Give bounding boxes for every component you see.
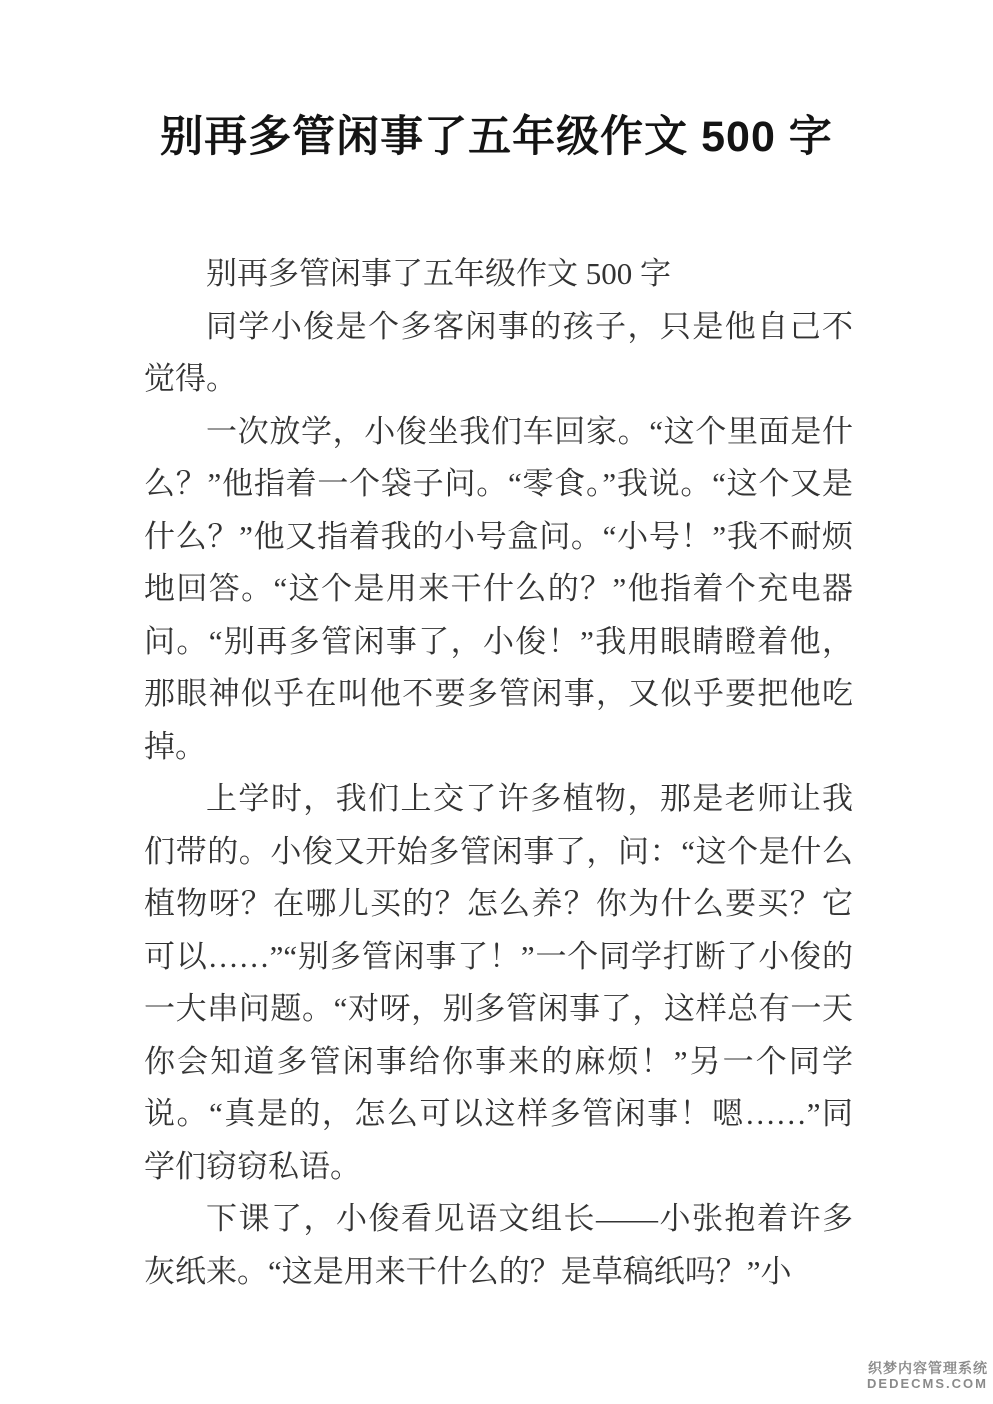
paragraph-car-scene: 一次放学，小俊坐我们车回家。“这个里面是什么？”他指着一个袋子问。“零食。”我说… [144, 406, 853, 774]
document-title: 别再多管闲事了五年级作文 500 字 [0, 0, 993, 166]
paragraph-paper-scene: 下课了，小俊看见语文组长——小张抱着许多灰纸来。“这是用来干什么的？是草稿纸吗？… [144, 1193, 853, 1298]
document-body: 别再多管闲事了五年级作文 500 字 同学小俊是个多客闲事的孩子，只是他自己不觉… [144, 248, 853, 1298]
watermark-domain: DEDECMS.COM [867, 1376, 988, 1391]
paragraph-intro: 同学小俊是个多客闲事的孩子，只是他自己不觉得。 [144, 301, 853, 406]
watermark: 织梦内容管理系统 DEDECMS.COM [867, 1360, 988, 1391]
paragraph-plant-scene: 上学时，我们上交了许多植物，那是老师让我们带的。小俊又开始多管闲事了，问：“这个… [144, 773, 853, 1193]
document-page: 别再多管闲事了五年级作文 500 字 别再多管闲事了五年级作文 500 字 同学… [0, 0, 993, 1404]
watermark-cms-name: 织梦内容管理系统 [867, 1360, 988, 1376]
paragraph-title-line: 别再多管闲事了五年级作文 500 字 [144, 248, 853, 301]
